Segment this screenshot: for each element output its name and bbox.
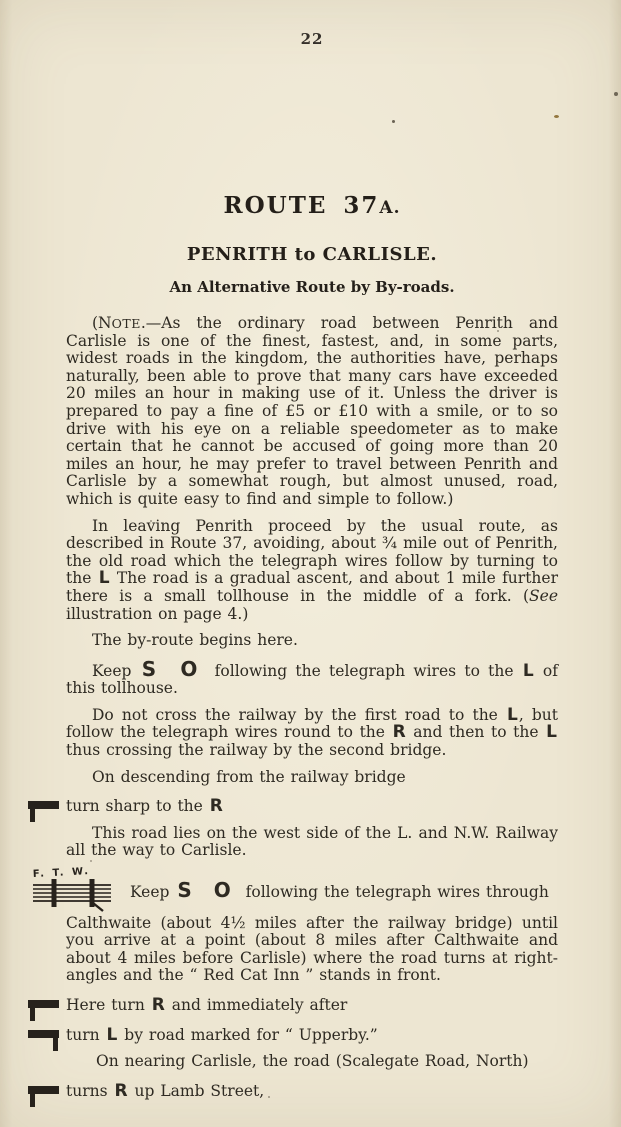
paragraph-leaving-penrith: In leaving Penrith proceed by the usual … [66, 518, 558, 624]
text-run: following the telegraph wires through [240, 883, 549, 901]
route-subheading: PENRITH to CARLISLE. [66, 244, 558, 265]
direction-letter: L [98, 568, 111, 588]
straight-on-symbol: S O [140, 657, 207, 681]
instruction-turn-left-upperby: turn L by road marked for “ Upperby.” [66, 1027, 558, 1045]
text-run: turns [66, 1082, 114, 1100]
page-content: 22 ROUTE 37A. PENRITH to CARLISLE. An Al… [66, 0, 558, 1100]
text-run: Calthwaite (about 4½ miles after the rai… [66, 914, 558, 985]
turn-left-icon [28, 1028, 60, 1052]
italic-see: See [529, 587, 558, 605]
direction-letter: L [506, 705, 519, 725]
text-run: The road is a gradual ascent, and about … [66, 569, 558, 605]
paragraph-on-nearing-carlisle: On nearing Carlisle, the road (Scalegate… [66, 1053, 558, 1071]
text-run: (N [92, 314, 112, 332]
route-heading: ROUTE 37A. [66, 192, 558, 219]
text-run: Keep [92, 662, 140, 680]
direction-letter: R [114, 1081, 129, 1101]
turn-right-icon [28, 1084, 60, 1108]
paper-speck [614, 92, 618, 96]
turn-right-icon [28, 998, 60, 1022]
route-tagline: An Alternative Route by By-roads. [66, 278, 558, 296]
paragraph-do-not-cross: Do not cross the railway by the first ro… [66, 707, 558, 760]
direction-letter: R [209, 796, 224, 816]
direction-letter: R [392, 722, 407, 742]
text-run: The by-route begins here. [92, 631, 298, 649]
text-run: up Lamb Street, [129, 1082, 265, 1100]
text-run: thus crossing the railway by the second … [66, 741, 446, 759]
route-heading-suffix: A. [379, 198, 400, 218]
instruction-turn-sharp-right: turn sharp to the R [66, 798, 558, 816]
instruction-here-turn-right: Here turn R and immediately after [66, 997, 558, 1015]
paragraph-west-side: This road lies on the west side of the L… [66, 825, 558, 860]
text-run: Keep [130, 883, 175, 901]
smallcaps-note: OTE [112, 316, 141, 331]
paragraph-by-route-begins: The by-route begins here. [66, 632, 558, 650]
ftw-label: F. T. W. [33, 867, 91, 880]
note-paragraph: (NOTE.—As the ordinary road between Penr… [66, 315, 558, 509]
book-page: 22 ROUTE 37A. PENRITH to CARLISLE. An Al… [0, 0, 621, 1127]
text-run: by road marked for “ Upperby.” [118, 1026, 377, 1044]
text-run: following the telegraph wires to the [206, 662, 521, 680]
text-run: On descending from the railway bridge [92, 768, 406, 786]
instruction-keep-so-tollhouse: Keep S O following the telegraph wires t… [66, 659, 558, 698]
turn-right-icon [28, 799, 60, 823]
text-run: .—As the ordinary road between Penrith a… [66, 314, 558, 508]
text-run: turn sharp to the [66, 797, 209, 815]
text-run: Here turn [66, 996, 151, 1014]
instruction-keep-so-through: F. T. W.Keep S O following the telegraph… [66, 880, 558, 902]
straight-on-symbol: S O [175, 878, 239, 902]
text-run: turn [66, 1026, 106, 1044]
direction-letter: L [106, 1025, 119, 1045]
text-run: This road lies on the west side of the L… [66, 824, 558, 860]
paragraph-calthwaite: Calthwaite (about 4½ miles after the rai… [66, 915, 558, 985]
page-number: 22 [66, 0, 558, 48]
text-run: and then to the [407, 723, 546, 741]
text-run: On nearing Carlisle, the road (Scalegate… [96, 1052, 529, 1070]
text-run: illustration on page 4.) [66, 605, 248, 623]
direction-letter: L [522, 661, 535, 681]
direction-letter: L [545, 722, 558, 742]
railway-crossing-icon: F. T. W. [30, 867, 114, 913]
text-run: and immediately after [166, 996, 347, 1014]
instruction-turns-right-lamb: turns R up Lamb Street, [66, 1083, 558, 1101]
text-run: Do not cross the railway by the first ro… [92, 706, 506, 724]
route-heading-main: ROUTE 37 [224, 192, 380, 219]
direction-letter: R [151, 995, 166, 1015]
paragraph-on-descending: On descending from the railway bridge [66, 769, 558, 787]
